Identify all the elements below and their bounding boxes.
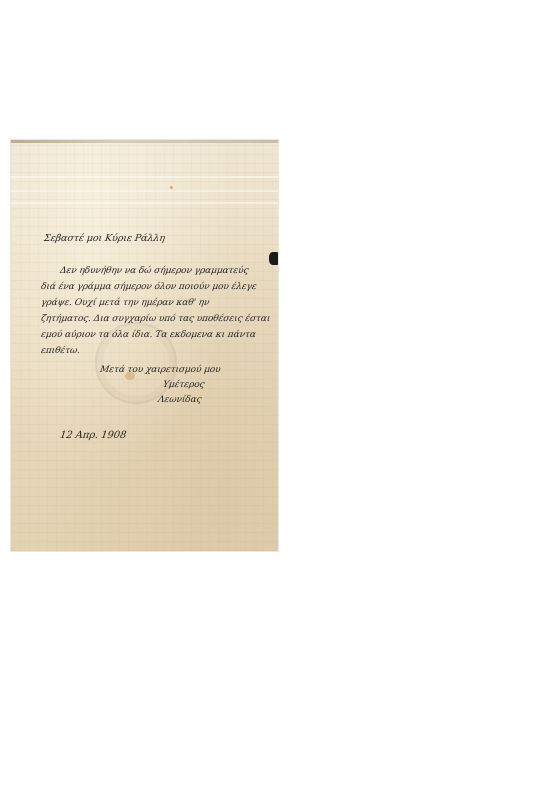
body-line: διά ένα γράμμα σήμερον όλον ποιούν μου έ… bbox=[40, 282, 257, 292]
edge-ink-mark bbox=[269, 252, 278, 265]
body-line: γράψε. Ουχί μετά την ημέραν καθ' ην bbox=[40, 298, 210, 308]
signature-name: Λεωνίδας bbox=[157, 395, 202, 405]
paper-crease bbox=[11, 202, 278, 204]
paper-stain bbox=[170, 186, 173, 189]
body-line: εμού αύριον τα όλα ίδια. Τα εκδομενα κι … bbox=[40, 330, 256, 340]
closing-line: Μετά του χαιρετισμού μου bbox=[99, 365, 221, 375]
paper-crease bbox=[11, 190, 278, 192]
salutation: Σεβαστέ μοι Κύριε Ράλλη bbox=[43, 233, 165, 244]
signature-line: Υμέτερος bbox=[162, 380, 205, 390]
body-line: ζητήματος. Δια συγχαρίω υπό τας υποθέσει… bbox=[40, 314, 271, 324]
body-line: Δεν ηδυνήθην να δώ σήμερον γραμματεύς bbox=[59, 266, 249, 276]
body-line: επιθέτω. bbox=[40, 346, 80, 356]
letter-date: 12 Απρ. 1908 bbox=[59, 430, 127, 441]
paper-crease bbox=[11, 176, 278, 178]
